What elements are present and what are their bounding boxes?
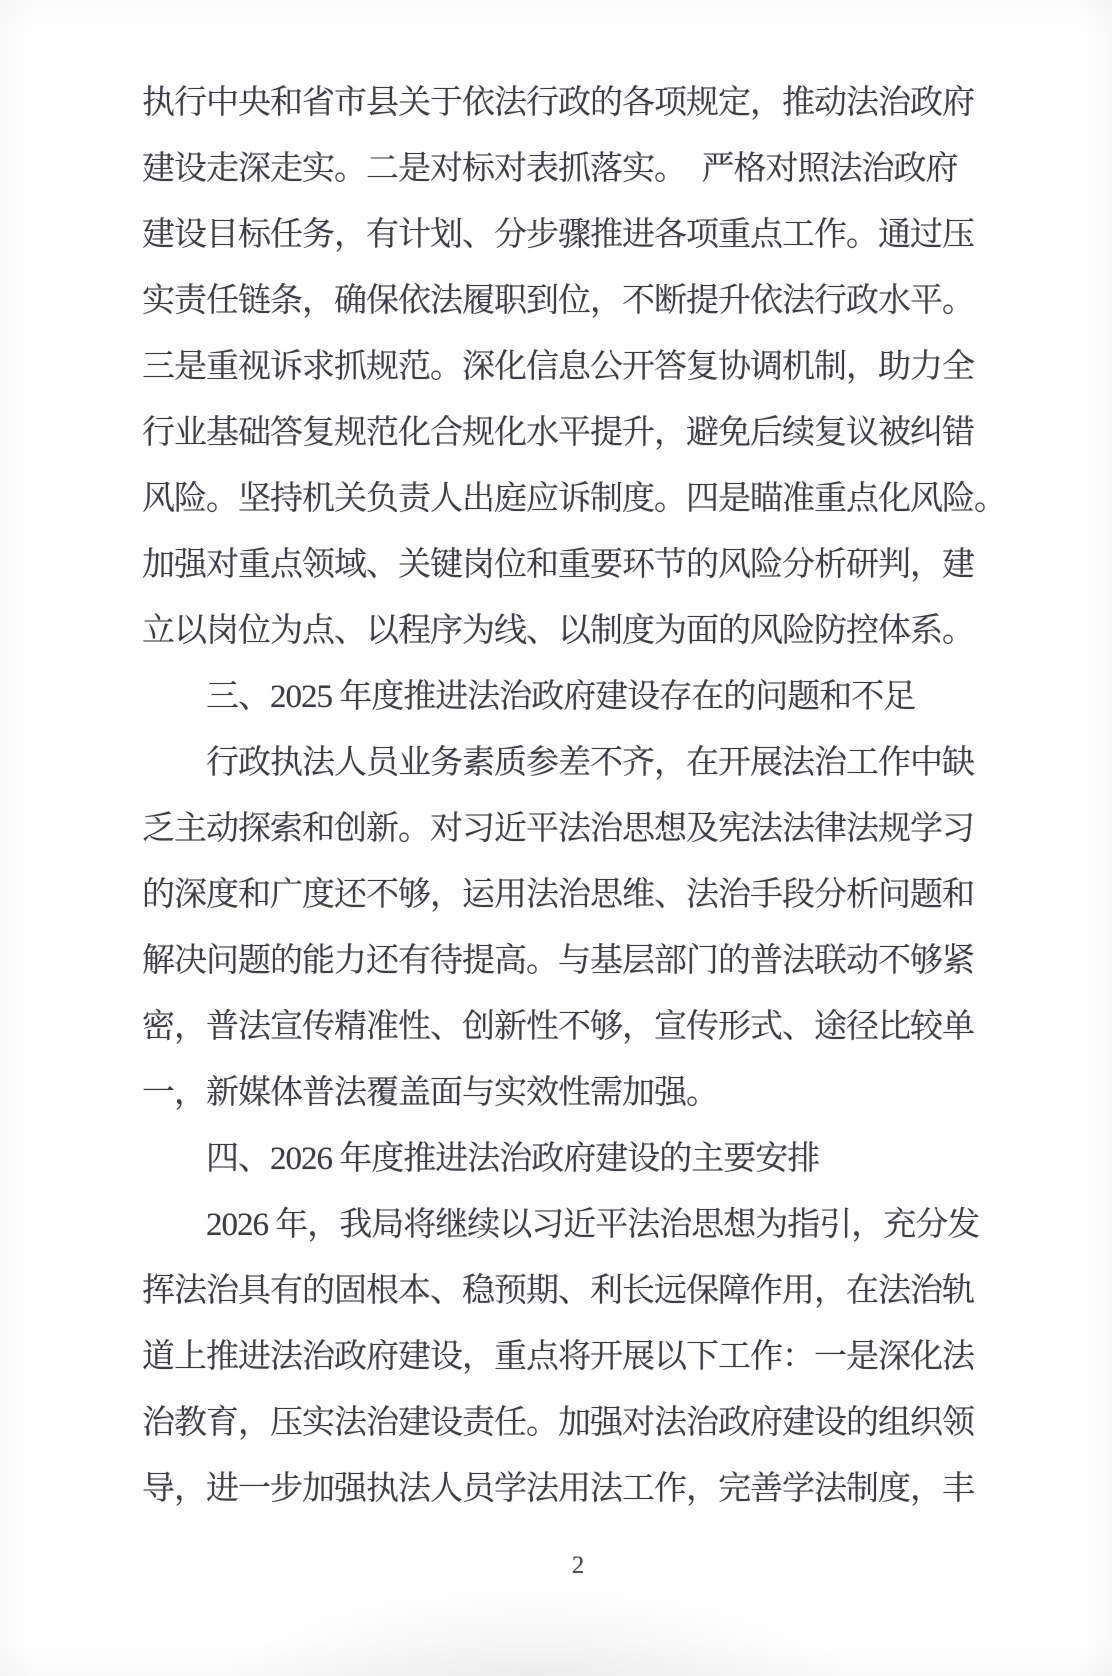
text-line: 一，新媒体普法覆盖面与实效性需加强。: [142, 1060, 1022, 1126]
document-text-block: 执行中央和省市县关于依法行政的各项规定，推动法治政府 建设走深走实。二是对标对表…: [142, 70, 1022, 1522]
text-line: 执行中央和省市县关于依法行政的各项规定，推动法治政府: [142, 70, 1022, 136]
text-line: 建设走深走实。二是对标对表抓落实。 严格对照法治政府: [142, 136, 1022, 202]
text-line: 行政执法人员业务素质参差不齐，在开展法治工作中缺: [142, 730, 1022, 796]
text-line: 加强对重点领域、关键岗位和重要环节的风险分析研判，建: [142, 532, 1022, 598]
text-line: 建设目标任务，有计划、分步骤推进各项重点工作。通过压: [142, 202, 1022, 268]
text-line: 风险。坚持机关负责人出庭应诉制度。四是瞄准重点化风险。: [142, 466, 1022, 532]
section-heading-2025-problems: 三、2025 年度推进法治政府建设存在的问题和不足: [142, 664, 1022, 730]
text-line: 三是重视诉求抓规范。深化信息公开答复协调机制，助力全: [142, 334, 1022, 400]
text-line: 2026 年，我局将继续以习近平法治思想为指引，充分发: [142, 1192, 1022, 1258]
text-line: 挥法治具有的固根本、稳预期、利长远保障作用，在法治轨: [142, 1258, 1022, 1324]
document-page: 执行中央和省市县关于依法行政的各项规定，推动法治政府 建设走深走实。二是对标对表…: [0, 0, 1112, 1676]
text-line: 实责任链条，确保依法履职到位，不断提升依法行政水平。: [142, 268, 1022, 334]
text-line: 立以岗位为点、以程序为线、以制度为面的风险防控体系。: [142, 598, 1022, 664]
text-line: 导，进一步加强执法人员学法用法工作，完善学法制度，丰: [142, 1456, 1022, 1522]
text-line: 行业基础答复规范化合规化水平提升，避免后续复议被纠错: [142, 400, 1022, 466]
section-heading-2026-plans: 四、2026 年度推进法治政府建设的主要安排: [142, 1126, 1022, 1192]
text-line: 密，普法宣传精准性、创新性不够，宣传形式、途径比较单: [142, 994, 1022, 1060]
text-line: 乏主动探索和创新。对习近平法治思想及宪法法律法规学习: [142, 796, 1022, 862]
text-line: 治教育，压实法治建设责任。加强对法治政府建设的组织领: [142, 1390, 1022, 1456]
page-number: 2: [0, 1552, 1112, 1580]
text-line: 的深度和广度还不够，运用法治思维、法治手段分析问题和: [142, 862, 1022, 928]
text-line: 解决问题的能力还有待提高。与基层部门的普法联动不够紧: [142, 928, 1022, 994]
text-line: 道上推进法治政府建设，重点将开展以下工作：一是深化法: [142, 1324, 1022, 1390]
